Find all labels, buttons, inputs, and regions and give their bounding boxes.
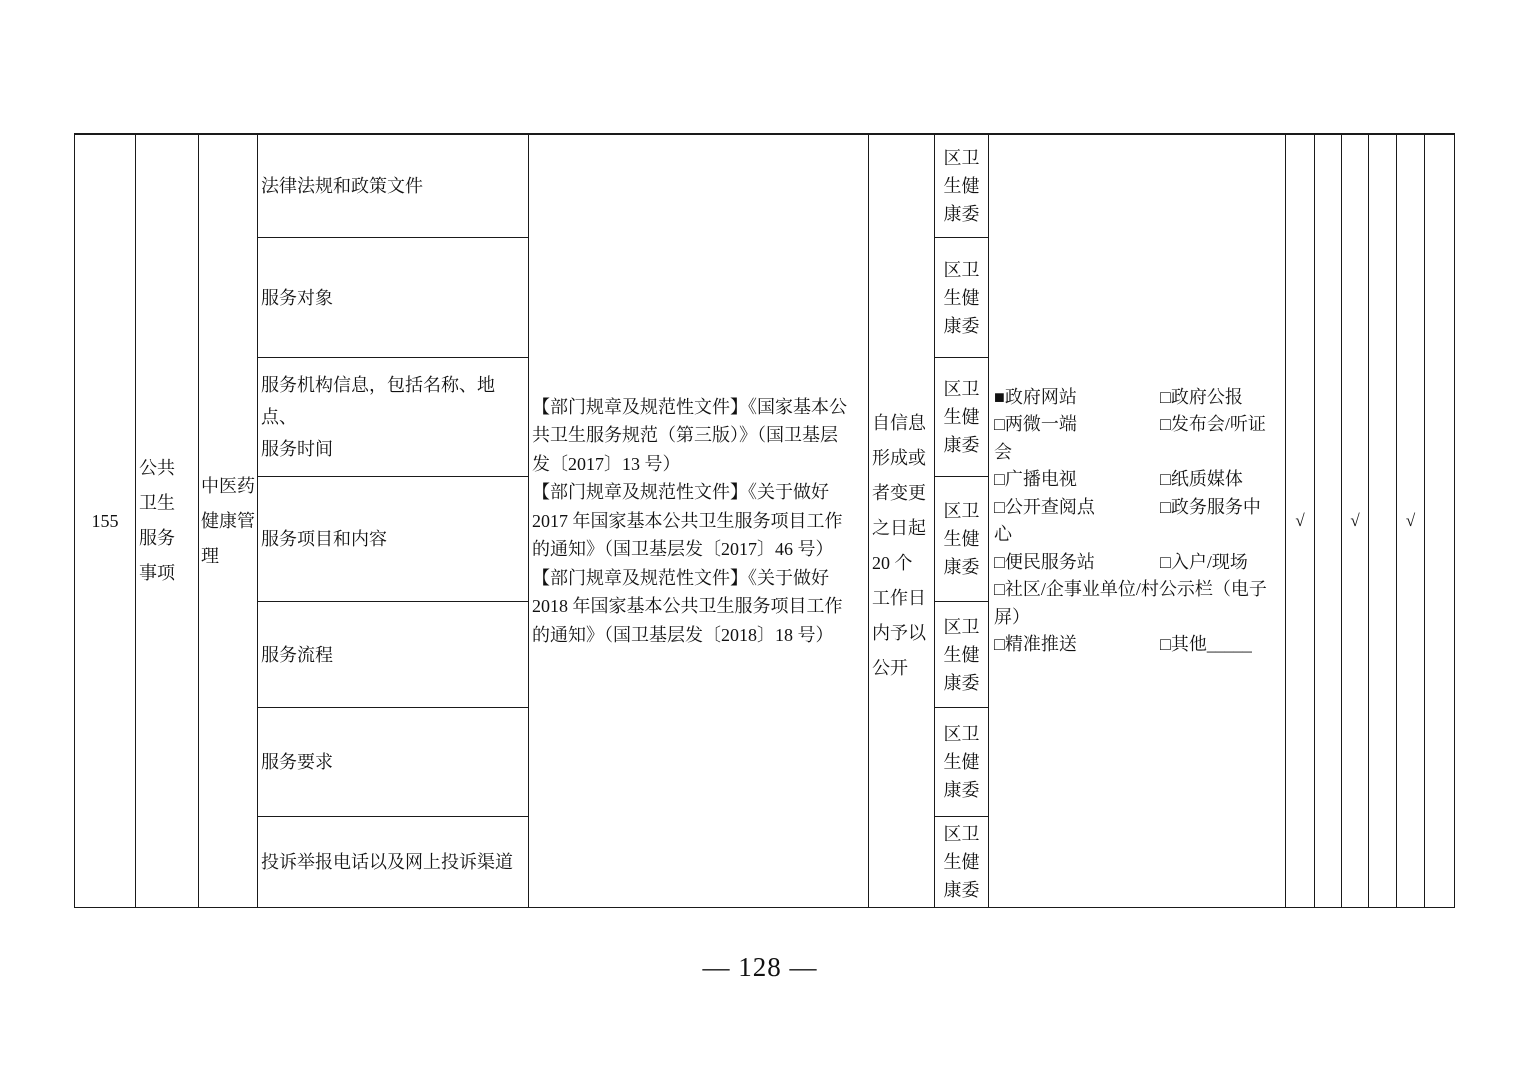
channel-option: □便民服务站 <box>994 549 1160 577</box>
agency-label: 区卫 生健 康委 <box>944 497 980 581</box>
item-number: 155 <box>92 511 119 532</box>
item-number-cell: 155 <box>75 135 136 907</box>
content-item: 服务机构信息，包括名称、地点、 服务时间 <box>261 369 528 465</box>
check-mark: √ <box>1350 511 1359 531</box>
agency-label: 区卫 生健 康委 <box>944 144 980 228</box>
content-item: 服务项目和内容 <box>261 523 387 555</box>
channel-option: □精准推送 <box>994 631 1160 659</box>
mark-cell: √ <box>1286 135 1315 907</box>
agency-label: 区卫 生健 康委 <box>944 613 980 697</box>
responsible-agency-cell: 区卫 生健 康委 <box>935 238 989 358</box>
responsible-agency-cell: 区卫 生健 康委 <box>935 477 989 602</box>
mark-cell <box>1369 135 1397 907</box>
public-disclosure-table: 155 公共 卫生 服务 事项 中医药 健康管 理 法律法规和政策文件 服务对象… <box>74 133 1455 908</box>
content-item-cell: 服务项目和内容 <box>258 477 529 602</box>
disclosure-channels-cell: ■政府网站□政府公报 □两微一端□发布会/听证 会 □广播电视□纸质媒体 □公开… <box>989 135 1286 907</box>
mark-cell: √ <box>1342 135 1369 907</box>
responsible-agency-cell: 区卫 生健 康委 <box>935 817 989 907</box>
responsible-agency-cell: 区卫 生健 康委 <box>935 135 989 238</box>
legal-basis-entry: 【部门规章及规范性文件】《国家基本公 共卫生服务规范（第三版）》（国卫基层 发〔… <box>532 393 847 479</box>
subcategory-label: 中医药 健康管 理 <box>201 469 255 574</box>
channel-row: □广播电视□纸质媒体 <box>994 466 1285 494</box>
content-item: 投诉举报电话以及网上投诉渠道 <box>261 846 513 878</box>
legal-basis-entry: 【部门规章及规范性文件】《关于做好 2018 年国家基本公共卫生服务项目工作 的… <box>532 564 843 650</box>
content-item: 服务流程 <box>261 639 333 671</box>
subcategory-cell: 中医药 健康管 理 <box>199 135 258 907</box>
channel-row: □两微一端□发布会/听证 会 <box>994 411 1285 466</box>
agency-label: 区卫 生健 康委 <box>944 820 980 904</box>
channel-option: □入户/现场 <box>1160 552 1248 572</box>
document-page: { "row": { "id": "155", "category": "公共\… <box>0 0 1520 1074</box>
category-label: 公共 卫生 服务 事项 <box>139 451 175 591</box>
channel-option: □社区/企事业单位/村公示栏（电子 屏） <box>994 576 1285 631</box>
channel-option: □纸质媒体 <box>1160 469 1243 489</box>
channel-option: □其他_____ <box>1160 634 1252 654</box>
channel-row: □便民服务站□入户/现场 <box>994 549 1285 577</box>
channel-option: □公开查阅点 <box>994 494 1160 522</box>
agency-label: 区卫 生健 康委 <box>944 375 980 459</box>
category-cell: 公共 卫生 服务 事项 <box>136 135 199 907</box>
page-number: — 128 — <box>0 952 1520 983</box>
responsible-agency-cell: 区卫 生健 康委 <box>935 358 989 477</box>
mark-cell <box>1425 135 1454 907</box>
mark-cell <box>1315 135 1342 907</box>
channel-row: □公开查阅点□政务服务中 心 <box>994 494 1285 549</box>
channel-option: □政府公报 <box>1160 387 1243 407</box>
legal-basis-cell: 【部门规章及规范性文件】《国家基本公 共卫生服务规范（第三版）》（国卫基层 发〔… <box>529 135 869 907</box>
legal-basis-entry: 【部门规章及规范性文件】《关于做好 2017 年国家基本公共卫生服务项目工作 的… <box>532 478 843 564</box>
disclosure-timing-cell: 自信息 形成或 者变更 之日起 20 个 工作日 内予以 公开 <box>869 135 935 907</box>
content-item-cell: 法律法规和政策文件 <box>258 135 529 238</box>
content-item-cell: 服务要求 <box>258 708 529 817</box>
channel-option: ■政府网站 <box>994 384 1160 412</box>
content-item: 法律法规和政策文件 <box>261 170 423 202</box>
content-item: 服务要求 <box>261 746 333 778</box>
agency-label: 区卫 生健 康委 <box>944 256 980 340</box>
content-item: 服务对象 <box>261 282 333 314</box>
content-item-cell: 服务机构信息，包括名称、地点、 服务时间 <box>258 358 529 477</box>
responsible-agency-cell: 区卫 生健 康委 <box>935 708 989 817</box>
check-mark: √ <box>1406 511 1415 531</box>
channel-row: □社区/企事业单位/村公示栏（电子 屏） <box>994 576 1285 631</box>
channel-row: □精准推送□其他_____ <box>994 631 1285 659</box>
responsible-agency-cell: 区卫 生健 康委 <box>935 602 989 708</box>
content-item-cell: 服务流程 <box>258 602 529 708</box>
agency-label: 区卫 生健 康委 <box>944 720 980 804</box>
content-item-cell: 投诉举报电话以及网上投诉渠道 <box>258 817 529 907</box>
channel-row: ■政府网站□政府公报 <box>994 384 1285 412</box>
mark-cell: √ <box>1397 135 1425 907</box>
disclosure-timing: 自信息 形成或 者变更 之日起 20 个 工作日 内予以 公开 <box>872 406 926 686</box>
channel-option: □两微一端 <box>994 411 1160 439</box>
content-item-cell: 服务对象 <box>258 238 529 358</box>
channel-option: □广播电视 <box>994 466 1160 494</box>
check-mark: √ <box>1295 511 1304 531</box>
